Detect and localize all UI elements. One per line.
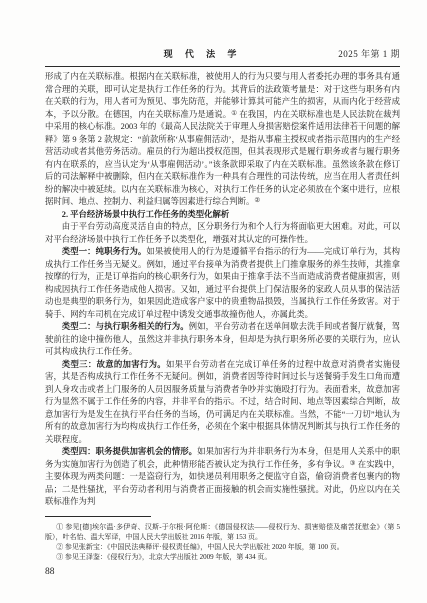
footnote-2: ② 参见张新宝：《中国民法典释评·侵权责任编》，中国人民大学出版社 2020 年… (45, 542, 400, 552)
paragraph-text: 在我国，内在关联标准也是人民法院在裁判中采用的核心标准。2003 年的《最高人民… (45, 110, 400, 207)
footnote-rule (45, 516, 151, 517)
issue-label: 2025 年第 1 期 (338, 49, 400, 60)
footnote-1: ① 参见[德]埃尔温·多伊奇、汉斯-于尔根·阿伦斯：《德国侵权法——侵权行为、损… (45, 522, 400, 542)
footnote-3: ③ 参见王泽鉴：《侵权行为》，北京大学出版社 2009 年版，第 434 页。 (45, 552, 400, 562)
footnote-ref-2: ② (254, 197, 260, 204)
type3-lead: 类型三：故意的加害行为。 (62, 360, 166, 369)
paragraph-text: 如果平台劳动者在完成订单任务的过程中故意对消费者实施侵害，其是否构成执行工作任务… (45, 360, 400, 444)
page-header: 现 代 法 学 2025 年第 1 期 (45, 49, 400, 61)
page-number: 88 (45, 567, 400, 578)
journal-page: 现 代 法 学 2025 年第 1 期 形成了内在关联标准。根据内在关联标准，被… (0, 0, 427, 603)
type2-lead: 类型二：与执行职务相关的行为。 (62, 322, 189, 331)
journal-title: 现 代 法 学 (25, 49, 380, 60)
article-body: 形成了内在关联标准。根据内在关联标准，被使用人的行为只要与用人者委托办理的事务具… (45, 71, 400, 509)
type4-lead: 类型四：职务提供加害机会的情形。 (62, 447, 197, 456)
paragraph-type1: 类型一：纯职务行为。如果被使用人的行为是遵循平台指示的行为——完成订单行为，其构… (45, 246, 400, 321)
footnotes-section: ① 参见[德]埃尔温·多伊奇、汉斯-于尔根·阿伦斯：《德国侵权法——侵权行为、损… (45, 522, 400, 562)
paragraph-text: 如果被使用人的行为是遵循平台指示的行为——完成订单行为，其构成执行工作任务当无疑… (45, 247, 400, 319)
header-rule (45, 66, 400, 67)
subsection-heading: 2. 平台经济场景中执行工作任务的类型化解析 (45, 209, 400, 222)
paragraph-type4: 类型四：职务提供加害机会的情形。如果加害行为并非职务行为本身，但是用人关系中的职… (45, 446, 400, 509)
paragraph-type3: 类型三：故意的加害行为。如果平台劳动者在完成订单任务的过程中故意对消费者实施侵害… (45, 359, 400, 447)
paragraph-continuation: 形成了内在关联标准。根据内在关联标准，被使用人的行为只要与用人者委托办理的事务具… (45, 71, 400, 209)
paragraph-intro: 由于平台劳动高度灵活自由的特点，区分职务行为和个人行为将面临更大困难。对此，可以… (45, 221, 400, 246)
type1-lead: 类型一：纯职务行为。 (62, 247, 147, 256)
paragraph-type2: 类型二：与执行职务相关的行为。例如，平台劳动者在送单间歇去洗手间或者餐厅就餐，驾… (45, 321, 400, 359)
